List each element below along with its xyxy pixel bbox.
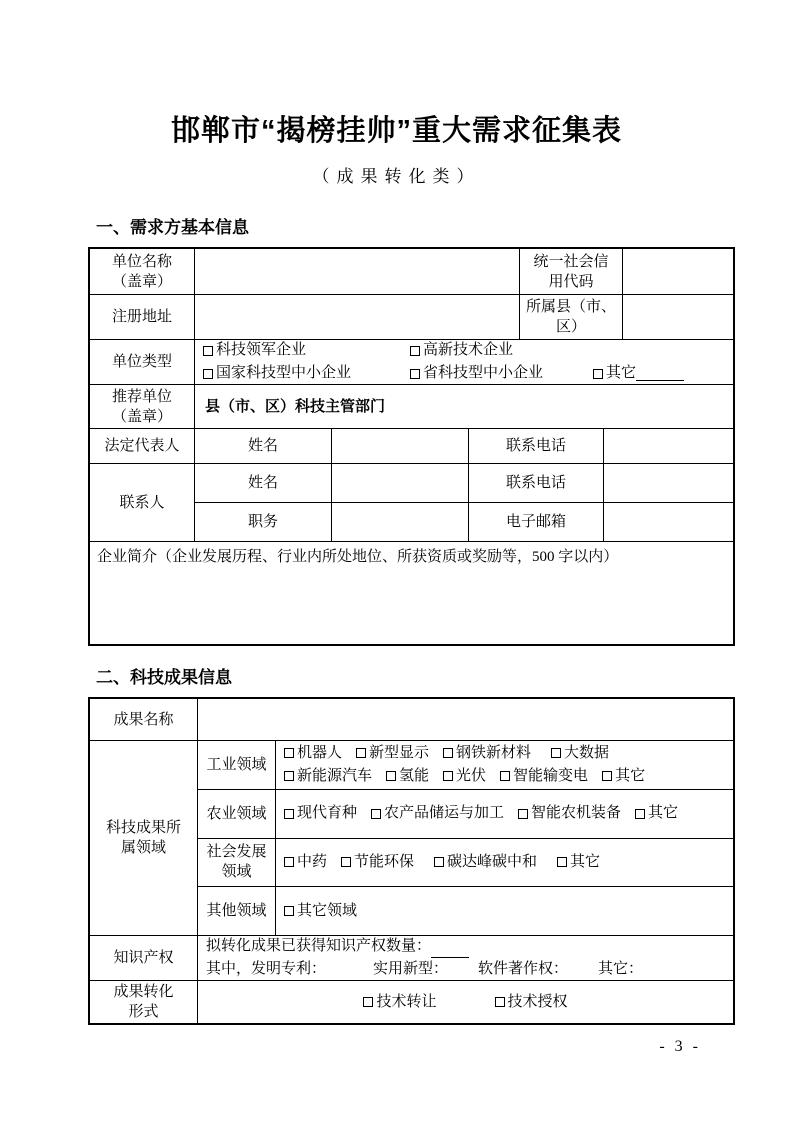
checkbox-option-tech-leader[interactable]: 科技领军企业 — [203, 340, 410, 362]
checkbox-option-tech-transfer[interactable]: 技术转让 — [363, 992, 436, 1012]
form-page: 邯郸市“揭榜挂帅”重大需求征集表 （成果转化类） 一、需求方基本信息 单位名称 … — [0, 0, 793, 1122]
table-row: 知识产权 拟转化成果已获得知识产权数量： 其中，发明专利： 实用新型： 软件著作… — [90, 935, 733, 980]
agriculture-options-cell: 现代育种 农产品储运与加工 智能农机装备 其它 — [275, 790, 733, 838]
basic-info-table: 单位名称 （盖章） 统一社会信 用代码 注册地址 所属县（市、 区） 单位类型 — [88, 247, 735, 646]
county-input[interactable] — [622, 295, 733, 339]
checkbox-option-hydrogen[interactable]: 氢能 — [386, 765, 429, 788]
reg-address-input[interactable] — [194, 295, 519, 339]
social-options-cell: 中药 节能环保 碳达峰碳中和 其它 — [275, 839, 733, 887]
section2-heading: 二、科技成果信息 — [96, 663, 793, 688]
checkbox-option-energy-saving[interactable]: 节能环保 — [341, 851, 414, 874]
page-subtitle: （成果转化类） — [0, 162, 793, 187]
checkbox-option-carbon-neutral[interactable]: 碳达峰碳中和 — [434, 851, 537, 874]
checkbox-icon — [593, 369, 603, 379]
checkbox-option-new-display[interactable]: 新型显示 — [356, 742, 429, 765]
ip-utility-blank[interactable] — [448, 966, 478, 980]
other-options-cell: 其它领域 — [275, 887, 733, 935]
social-field-label: 社会发展 领域 — [197, 839, 275, 887]
checkbox-option-steel-materials[interactable]: 钢铁新材料 — [443, 742, 531, 765]
company-profile-input[interactable]: 企业简介（企业发展历程、行业内所处地位、所获资质或奖励等，500 字以内） — [90, 542, 733, 644]
checkbox-option-nev[interactable]: 新能源汽车 — [284, 765, 372, 788]
table-row: 企业简介（企业发展历程、行业内所处地位、所获资质或奖励等，500 字以内） — [90, 541, 733, 644]
unit-type-options-cell: 科技领军企业 高新技术企业 国家科技型中小企业 — [194, 340, 733, 384]
contact-phone-input[interactable] — [603, 464, 733, 502]
checkbox-icon — [500, 771, 510, 781]
ip-count-blank[interactable] — [431, 943, 469, 958]
checkbox-option-breeding[interactable]: 现代育种 — [284, 802, 357, 825]
checkbox-icon — [495, 997, 505, 1007]
checkbox-option-provincial-sme[interactable]: 省科技型中小企业 — [410, 362, 593, 384]
table-row: 单位类型 科技领军企业 高新技术企业 — [90, 339, 733, 384]
achievement-name-label: 成果名称 — [90, 699, 197, 740]
achievement-name-input[interactable] — [197, 699, 733, 740]
table-row: 法定代表人 姓名 联系电话 — [90, 428, 733, 463]
industry-field-label: 工业领域 — [197, 741, 275, 789]
checkbox-option-robot[interactable]: 机器人 — [284, 742, 342, 765]
unit-name-input[interactable] — [194, 249, 519, 294]
checkbox-option-tcm[interactable]: 中药 — [284, 851, 327, 874]
contact-name-input[interactable] — [331, 464, 468, 502]
checkbox-icon — [443, 748, 453, 758]
contact-phone-label: 联系电话 — [468, 464, 603, 502]
legal-rep-label: 法定代表人 — [90, 429, 194, 463]
ip-invention-label: 其中，发明专利： — [206, 958, 326, 980]
contact-duty-input[interactable] — [331, 503, 468, 541]
recommender-label: 推荐单位 （盖章） — [90, 385, 194, 428]
checkbox-icon — [386, 771, 396, 781]
ip-software-blank[interactable] — [568, 966, 598, 980]
achievement-info-table: 成果名称 科技成果所 属领域 工业领域 机器人 新型显示 钢铁新材料 — [88, 697, 735, 1025]
checkbox-icon — [602, 771, 612, 781]
ip-count-label: 拟转化成果已获得知识产权数量： — [206, 936, 431, 958]
checkbox-option-industry-other[interactable]: 其它 — [602, 765, 645, 788]
contact-label: 联系人 — [90, 464, 194, 541]
agriculture-field-label: 农业领域 — [197, 790, 275, 838]
transform-options-cell: 技术转让 技术授权 — [197, 981, 733, 1023]
checkbox-icon — [635, 809, 645, 819]
section1-heading: 一、需求方基本信息 — [96, 213, 793, 238]
table-row: 推荐单位 （盖章） 县（市、区）科技主管部门 — [90, 384, 733, 428]
checkbox-option-storage-processing[interactable]: 农产品储运与加工 — [371, 802, 504, 825]
checkbox-icon — [363, 997, 373, 1007]
county-label: 所属县（市、 区） — [519, 295, 622, 339]
checkbox-option-high-tech[interactable]: 高新技术企业 — [410, 340, 513, 362]
checkbox-option-national-sme[interactable]: 国家科技型中小企业 — [203, 362, 410, 384]
checkbox-icon — [284, 906, 294, 916]
legal-rep-name-label: 姓名 — [194, 429, 331, 463]
checkbox-icon — [551, 748, 561, 758]
ip-content-cell: 拟转化成果已获得知识产权数量： 其中，发明专利： 实用新型： 软件著作权： 其它… — [197, 936, 733, 980]
ip-utility-label: 实用新型： — [373, 958, 448, 980]
checkbox-icon — [284, 809, 294, 819]
checkbox-icon — [410, 369, 420, 379]
checkbox-option-social-other[interactable]: 其它 — [557, 851, 600, 874]
checkbox-icon — [284, 748, 294, 758]
checkbox-icon — [284, 771, 294, 781]
page-title: 邯郸市“揭榜挂帅”重大需求征集表 — [0, 0, 793, 149]
unit-name-label: 单位名称 （盖章） — [90, 249, 194, 294]
checkbox-option-other-type[interactable]: 其它 — [593, 362, 684, 384]
table-row: 成果名称 — [90, 699, 733, 740]
ip-other-label: 其它： — [598, 958, 643, 980]
checkbox-option-other-field[interactable]: 其它领域 — [284, 900, 357, 923]
contact-email-input[interactable] — [603, 503, 733, 541]
checkbox-icon — [518, 809, 528, 819]
checkbox-icon — [284, 857, 294, 867]
table-row: 单位名称 （盖章） 统一社会信 用代码 — [90, 249, 733, 294]
ip-software-label: 软件著作权： — [478, 958, 568, 980]
checkbox-icon — [341, 857, 351, 867]
table-row: 科技成果所 属领域 工业领域 机器人 新型显示 钢铁新材料 大数据 — [90, 740, 733, 935]
checkbox-option-smart-grid[interactable]: 智能输变电 — [500, 765, 588, 788]
recommender-value: 县（市、区）科技主管部门 — [194, 385, 733, 428]
checkbox-icon — [410, 346, 420, 356]
checkbox-icon — [356, 748, 366, 758]
contact-email-label: 电子邮箱 — [468, 503, 603, 541]
other-field-label: 其他领域 — [197, 887, 275, 935]
legal-rep-phone-input[interactable] — [603, 429, 733, 463]
industry-options-cell: 机器人 新型显示 钢铁新材料 大数据 新能源汽车 氢能 光伏 智能输变电 其它 — [275, 741, 733, 789]
legal-rep-name-input[interactable] — [331, 429, 468, 463]
checkbox-icon — [203, 346, 213, 356]
checkbox-icon — [557, 857, 567, 867]
checkbox-option-smart-machinery[interactable]: 智能农机装备 — [518, 802, 621, 825]
unit-type-label: 单位类型 — [90, 340, 194, 384]
company-profile-label: 企业简介（企业发展历程、行业内所处地位、所获资质或奖励等，500 字以内） — [97, 547, 618, 567]
credit-code-input[interactable] — [622, 249, 733, 294]
field-label: 科技成果所 属领域 — [90, 741, 197, 935]
page-number: - 3 - — [659, 1038, 701, 1056]
legal-rep-phone-label: 联系电话 — [468, 429, 603, 463]
contact-duty-label: 职务 — [194, 503, 331, 541]
checkbox-icon — [371, 809, 381, 819]
checkbox-icon — [203, 369, 213, 379]
contact-name-label: 姓名 — [194, 464, 331, 502]
checkbox-option-tech-license[interactable]: 技术授权 — [495, 992, 568, 1012]
ip-invention-blank[interactable] — [326, 966, 360, 980]
checkbox-option-big-data[interactable]: 大数据 — [551, 742, 609, 765]
credit-code-label: 统一社会信 用代码 — [519, 249, 622, 294]
table-row: 成果转化 形式 技术转让 技术授权 — [90, 980, 733, 1023]
table-row: 联系人 姓名 联系电话 职务 电子邮箱 — [90, 463, 733, 541]
reg-address-label: 注册地址 — [90, 295, 194, 339]
checkbox-option-agriculture-other[interactable]: 其它 — [635, 802, 678, 825]
ip-other-blank[interactable] — [643, 966, 681, 980]
other-type-blank[interactable] — [636, 366, 684, 381]
checkbox-option-pv[interactable]: 光伏 — [443, 765, 486, 788]
table-row: 注册地址 所属县（市、 区） — [90, 294, 733, 339]
checkbox-icon — [443, 771, 453, 781]
ip-label: 知识产权 — [90, 936, 197, 980]
checkbox-icon — [434, 857, 444, 867]
transform-label: 成果转化 形式 — [90, 981, 197, 1023]
